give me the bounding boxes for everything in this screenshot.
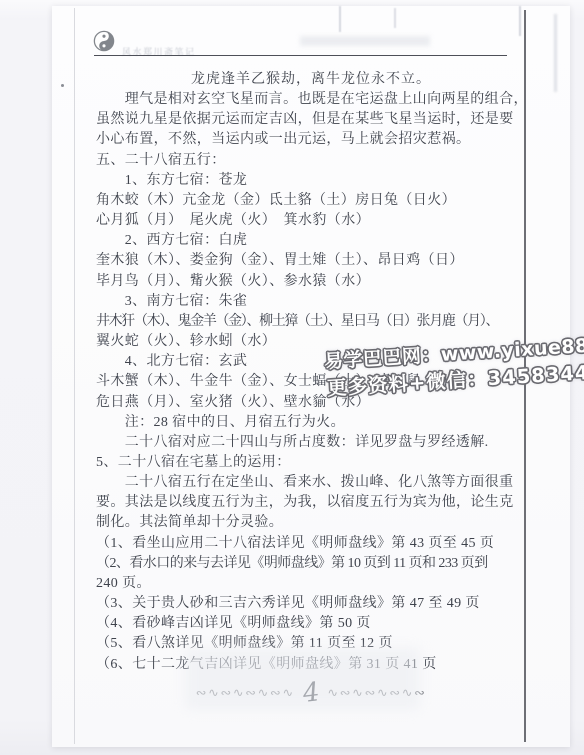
text-line: 3、南方七宿：朱雀 <box>96 292 526 312</box>
text-line: 小心布置，不然，当运内或一出元运，马上就会招灾惹祸。 <box>96 130 526 150</box>
page-number: 4 <box>298 677 324 710</box>
text-line: 理气是相对玄空飞星而言。也既是在宅运盘上山向两星的组合， <box>96 90 526 110</box>
text-line: 注：28 宿中的日、月宿五行为火。 <box>96 413 526 433</box>
text-line: 2、西方七宿：白虎 <box>96 231 526 251</box>
text-line: 240 页。 <box>96 574 526 594</box>
text-line: （6、七十二龙气吉凶详见《明师盘线》第 31 页 41 页 <box>96 655 526 675</box>
text-line: 龙虎逢羊乙猴劫，离牛龙位永不立。 <box>96 70 526 90</box>
text-line: 制化。其法简单却十分灵验。 <box>96 513 526 533</box>
header-divider <box>94 55 507 56</box>
text-line: 1、东方七宿：苍龙 <box>96 171 526 191</box>
text-line: （1、看坐山应用二十八宿法详见《明师盘线》第 43 页至 45 页 <box>96 534 526 554</box>
text-line: 5、二十八宿在宅墓上的运用： <box>96 453 526 473</box>
page-left-rule <box>74 8 75 744</box>
page-footer: ∾∿∾∿∾∿∾∿ 4 ∿∾∿∾∿∾∿∾ <box>110 676 512 710</box>
text-line: 危日燕（月）、室火猪（火）、壁水貐（水） <box>96 393 526 413</box>
text-line: 井木犴（木）、鬼金羊（金）、柳土獐（土）、星日马（日）张月鹿（月）、 <box>96 312 526 332</box>
text-line: 五、二十八宿五行： <box>96 151 526 171</box>
footer-flourish-left: ∾∿∾∿∾∿∾∿ <box>196 686 295 700</box>
header-title-text: 风水郑川斋笔记 <box>122 45 196 58</box>
text-line: 毕月鸟（月）、觜火猴（火）、参水猿（水） <box>96 272 526 292</box>
text-line: 心月狐（月） 尾火虎（火） 箕水豹（水） <box>96 211 526 231</box>
text-line: 虽然说九星是依据元运而定吉凶，但是在某些飞星当运时，还是要 <box>96 110 526 130</box>
text-line: （4、看砂峰吉凶详见《明师盘线》第 50 页 <box>96 614 526 634</box>
text-line: （2、看水口的来与去详见《明师盘线》第 10 页到 11 页和 233 页到 <box>96 554 526 574</box>
text-line: 角木蛟（木）亢金龙（金）氐土貉（土）房日兔（日火） <box>96 191 526 211</box>
text-line: 二十八宿五行在定坐山、看来水、拨山峰、化八煞等方面很重 <box>96 473 526 493</box>
text-line: （3、关于贵人砂和三吉六秀详见《明师盘线》第 47 至 49 页 <box>96 594 526 614</box>
text-line: 奎木狼（木）、娄金狗（金）、胃土雉（土）、昂日鸡（日） <box>96 251 526 271</box>
footer-flourish-right: ∿∾∿∾∿∾∿∾ <box>327 686 426 700</box>
text-line: （5、看八煞详见《明师盘线》第 11 页至 12 页 <box>96 634 526 654</box>
yinyang-icon <box>93 30 115 52</box>
text-line: 要。其法是以线度五行为主，为我，以宿度五行为宾为他，论生克 <box>96 493 526 513</box>
text-line: 二十八宿对应二十四山与所占度数：详见罗盘与罗经透解. <box>96 433 526 453</box>
